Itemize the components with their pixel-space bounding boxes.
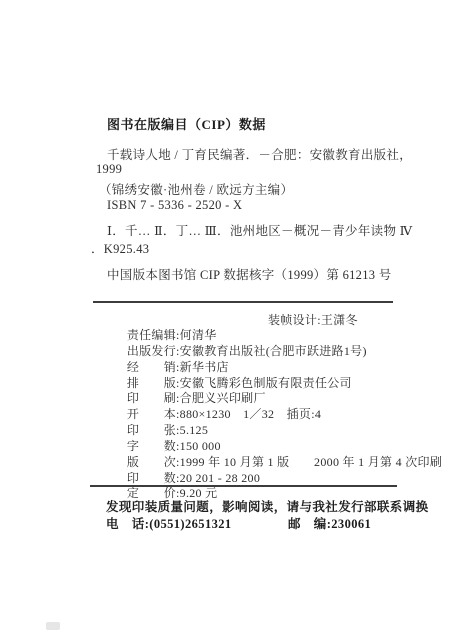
cip-series-line: （锦绣安徽·池州卷 / 欧远方主编） xyxy=(99,180,293,198)
divider-top xyxy=(93,301,393,303)
zip-line: 邮 编:230061 xyxy=(288,514,371,532)
phone-label: 电 话: xyxy=(106,517,149,531)
colophon-row-sheets: 印 张:5.125 xyxy=(107,406,417,422)
cip-record-line: 中国版本图书馆 CIP 数据核字（1999）第 61213 号 xyxy=(107,265,392,283)
cip-classification-line-1: Ⅰ．千… Ⅱ．丁… Ⅲ．池州地区－概况－青少年读物 Ⅳ xyxy=(107,221,412,239)
cip-isbn-line: ISBN 7 - 5336 - 2520 - X xyxy=(107,198,242,213)
zip-value: 230061 xyxy=(331,517,371,531)
colophon-row-wordcount: 字 数:150 000 xyxy=(107,422,417,438)
phone-value: (0551)2651321 xyxy=(149,517,231,531)
colophon-label: 装帧设计: xyxy=(268,313,321,327)
cip-title-line: 千载诗人地 / 丁育民编著．－合肥：安徽教育出版社， xyxy=(107,145,412,163)
colophon-row-distributor: 经 销:新华书店 xyxy=(107,343,417,359)
quality-notice-line: 发现印装质量问题，影响阅读，请与我社发行部联系调换 xyxy=(106,497,429,515)
colophon-row-printrun: 印 数:20 201 - 28 200 xyxy=(107,454,417,470)
book-copyright-page: 图书在版编目（CIP）数据 千载诗人地 / 丁育民编著．－合肥：安徽教育出版社，… xyxy=(0,0,450,636)
colophon-row-format: 开 本:880×1230 1／32 插页:4 xyxy=(107,390,417,406)
colophon-block: 责任编辑:何清华 装帧设计:王潇冬 出版发行:安徽教育出版社(合肥市跃进路1号)… xyxy=(107,311,417,485)
divider-bottom xyxy=(90,485,397,487)
cip-classification-line-2: ．K925.43 xyxy=(91,239,149,257)
cip-year-line: 1999 xyxy=(96,162,122,177)
scan-artifact xyxy=(46,622,60,630)
colophon-row-edition: 版 次:1999 年 10 月第 1 版 2000 年 1 月第 4 次印刷 xyxy=(107,438,417,454)
colophon-row-publisher: 出版发行:安徽教育出版社(合肥市跃进路1号) xyxy=(107,327,417,343)
zip-label: 邮 编: xyxy=(288,517,331,531)
colophon-value: 王潇冬 xyxy=(321,313,358,327)
cip-heading: 图书在版编目（CIP）数据 xyxy=(107,114,266,133)
colophon-row-editor: 责任编辑:何清华 装帧设计:王潇冬 xyxy=(107,311,417,327)
colophon-designer-pair: 装帧设计:王潇冬 xyxy=(268,311,358,328)
colophon-row-printer: 印 刷:合肥义兴印刷厂 xyxy=(107,374,417,390)
colophon-row-price: 定 价:9.20 元 xyxy=(107,469,417,485)
colophon-row-typesetter: 排 版:安徽飞腾彩色制版有限责任公司 xyxy=(107,359,417,375)
phone-line: 电 话:(0551)2651321 xyxy=(106,514,232,532)
